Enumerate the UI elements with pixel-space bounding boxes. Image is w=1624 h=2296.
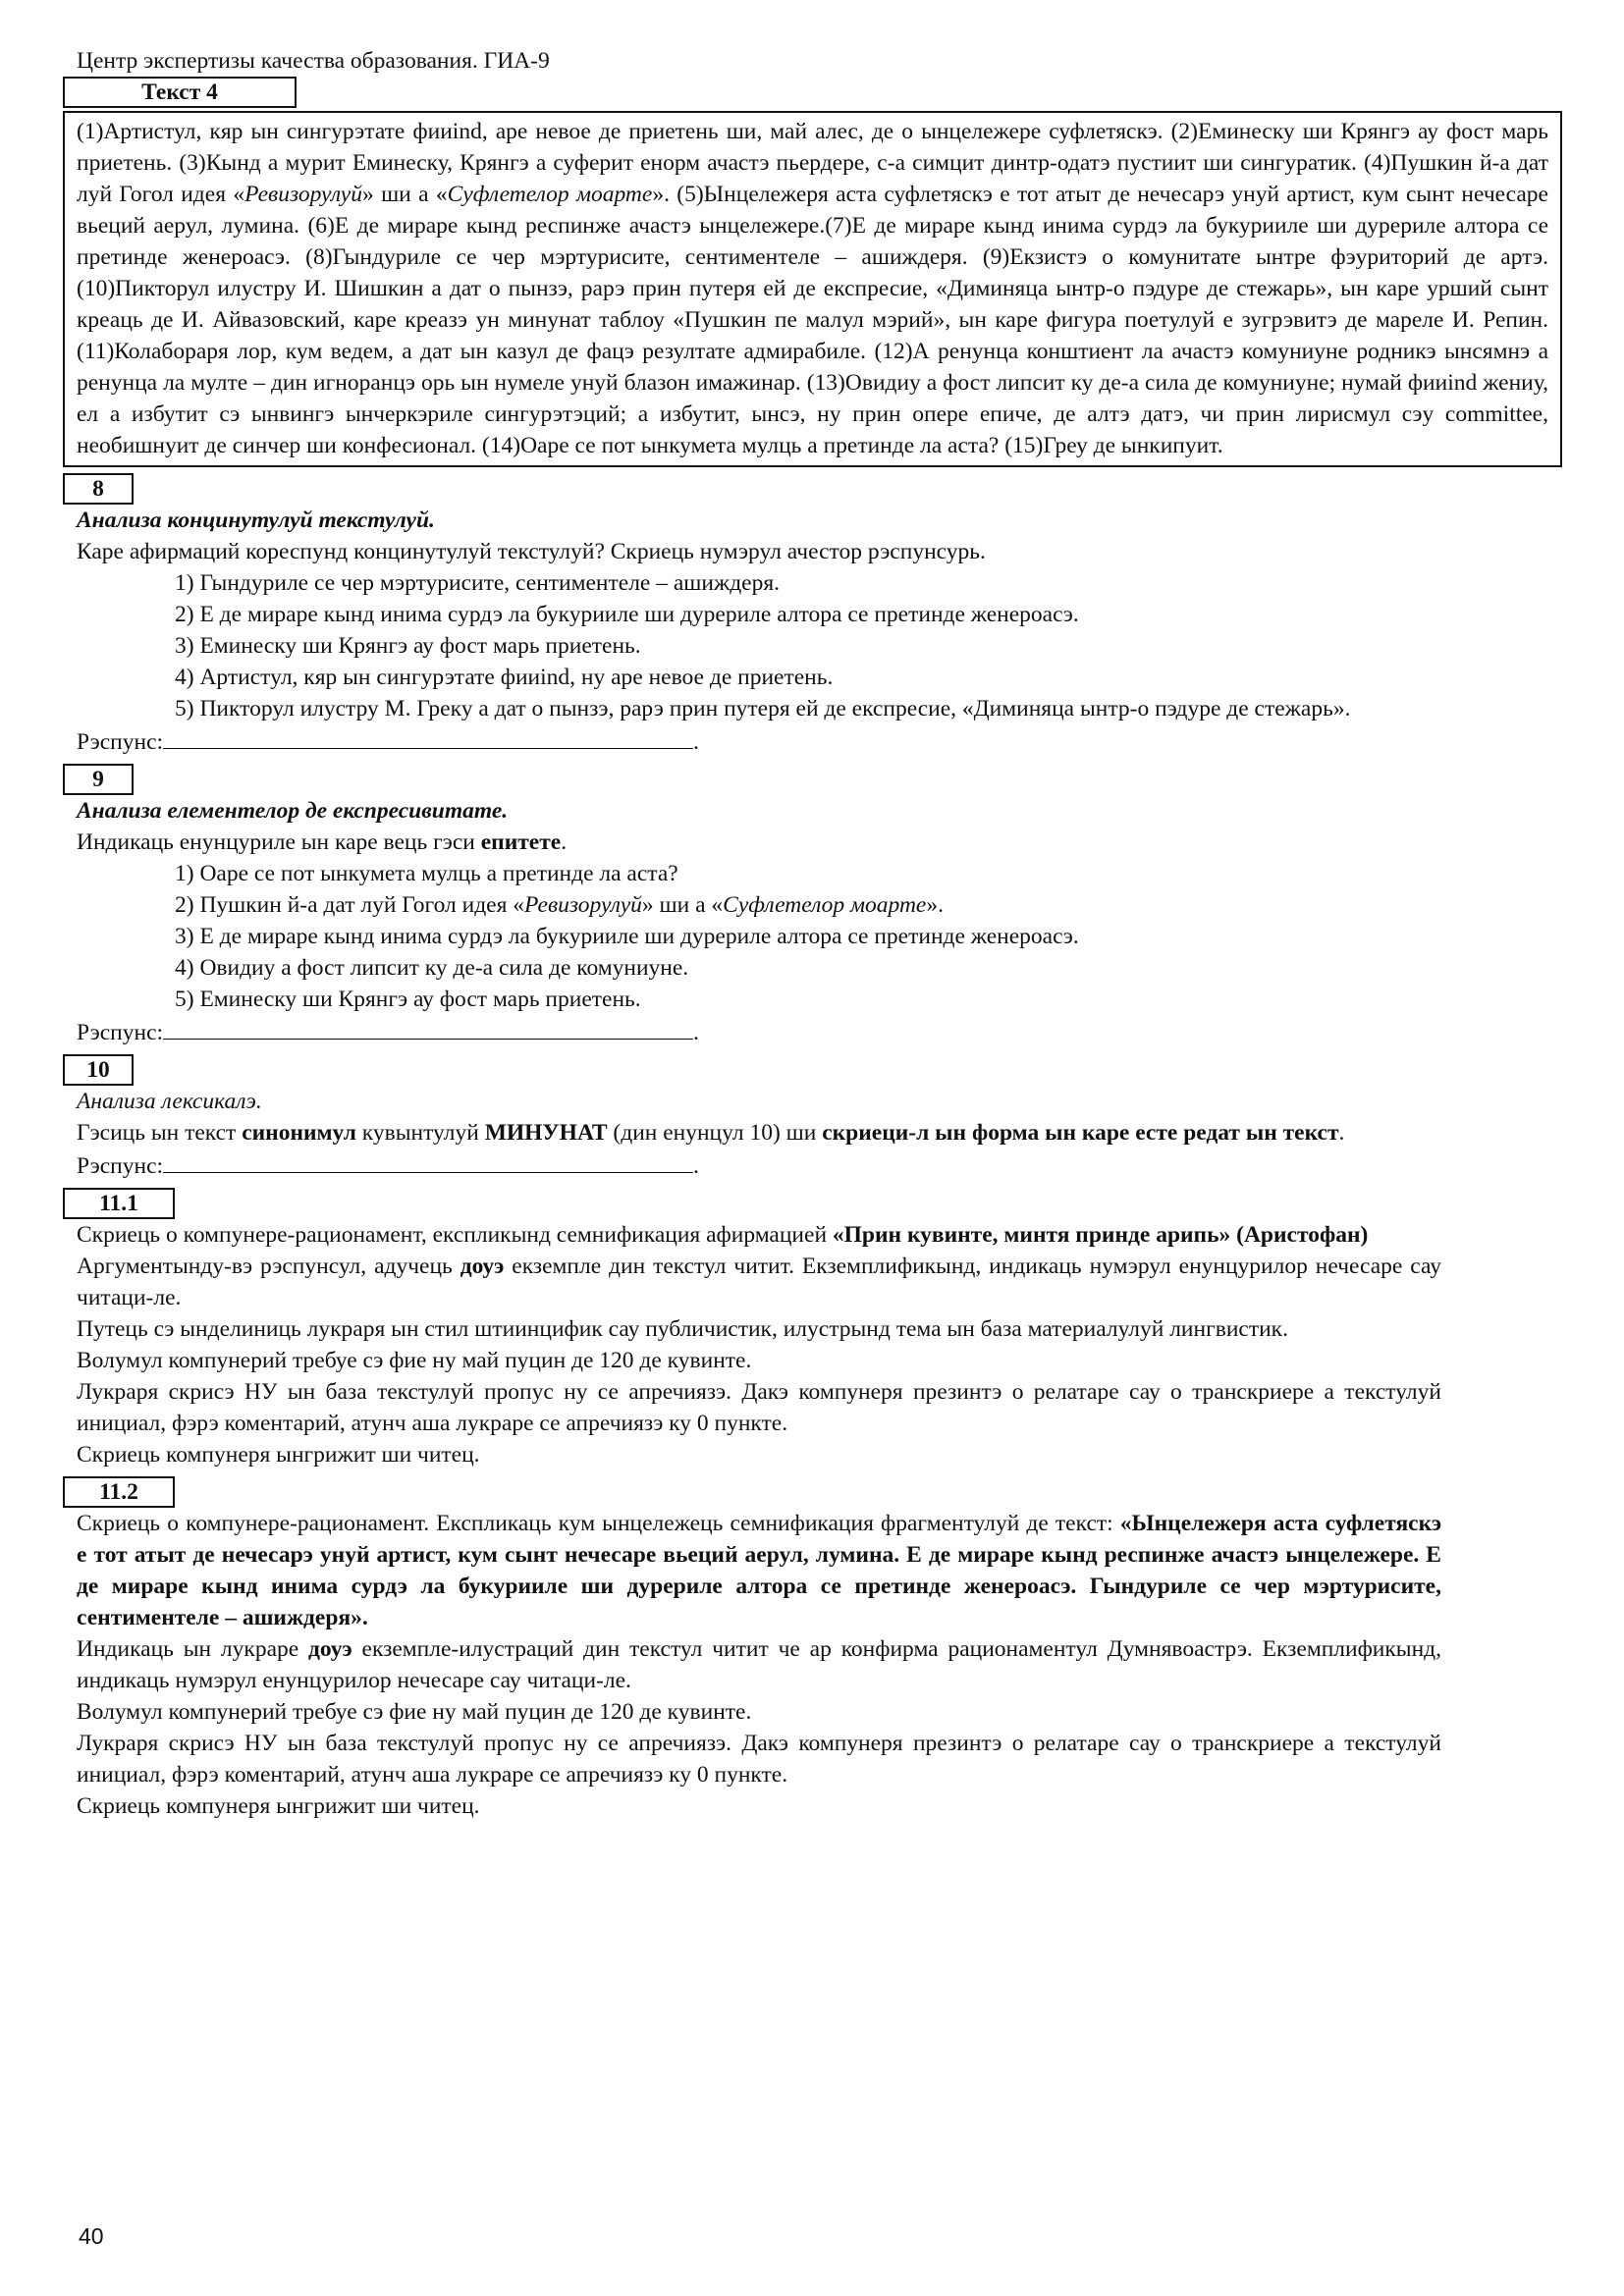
question-text: Индикаць енунцуриле ын каре вець гэси xyxy=(77,829,481,855)
option: 1) Оаре се пот ынкумета мулць а претинде… xyxy=(77,858,1451,889)
answer-label: Рэспунс: xyxy=(77,729,163,755)
question-text: . xyxy=(561,829,567,855)
option: 4) Артистул, кяр ын сингурэтате фииind, … xyxy=(77,662,1451,693)
task-10-subtitle: Анализа лексикалэ. xyxy=(77,1086,1441,1117)
option: 5) Пикторул илустру М. Греку а дат о пын… xyxy=(77,693,1432,724)
text-run: » ши а « xyxy=(362,182,448,207)
task-number-8: 8 xyxy=(63,473,134,505)
task-10-question: Гэсиць ын текст синонимул кувынтулуй МИН… xyxy=(77,1117,1441,1148)
task-number-11-1: 11.1 xyxy=(63,1188,175,1219)
task-11-1-instruction: Аргументынду-вэ рэспунсул, адучець доуэ … xyxy=(77,1251,1441,1313)
option: 3) Е де мираре кынд инима сурдэ ла букур… xyxy=(77,921,1451,952)
answer-field[interactable] xyxy=(163,1015,693,1040)
task-8-subtitle: Анализа концинутулуй текстулуй. xyxy=(77,505,1441,536)
task-9-question: Индикаць енунцуриле ын каре вець гэси еп… xyxy=(77,827,1441,858)
task-11-2-grading-note: Лукраря скрисэ НУ ын база текстулуй проп… xyxy=(77,1728,1441,1790)
option: 4) Овидиу а фост липсит ку де-а сила де … xyxy=(77,952,1451,984)
answer-label: Рэспунс: xyxy=(77,1020,163,1045)
answer-label: Рэспунс: xyxy=(77,1153,163,1179)
answer-field[interactable] xyxy=(163,724,693,749)
task-11-2-neatness-note: Скриець компунеря ынгрижит ши читец. xyxy=(77,1790,1441,1822)
task-11-1-neatness-note: Скриець компунеря ынгрижит ши читец. xyxy=(77,1439,1441,1470)
task-9-subtitle: Анализа елементелор де експресивитате. xyxy=(77,795,1441,827)
task-11-2-instruction: Индикаць ын лукраре доуэ екземпле-илустр… xyxy=(77,1633,1441,1696)
task-9-answer: Рэспунс:. xyxy=(77,1015,1441,1048)
option: 2) Пушкин й-а дат луй Гогол идея «Ревизо… xyxy=(77,889,1451,921)
option: 3) Еминеску ши Крянгэ ау фост марь приет… xyxy=(77,630,1451,662)
task-8-question: Каре афирмаций кореспунд концинутулуй те… xyxy=(77,536,1441,567)
question-emphasis: епитете xyxy=(481,829,561,855)
document-page: Центр экспертизы качества образования. Г… xyxy=(77,45,1441,1822)
task-number-10: 10 xyxy=(63,1054,134,1086)
option: 2) Е де мираре кынд инима сурдэ ла букур… xyxy=(77,599,1451,630)
source-text-frame: (1)Артистул, кяр ын сингурэтате фииind, … xyxy=(63,111,1562,467)
option: 5) Еминеску ши Крянгэ ау фост марь приет… xyxy=(77,984,1451,1015)
page-header: Центр экспертизы качества образования. Г… xyxy=(77,45,1441,77)
page-number: 40 xyxy=(79,2220,104,2252)
task-11-1-volume-note: Волумул компунерий требуе сэ фие ну май … xyxy=(77,1345,1441,1376)
text-title: Текст 4 xyxy=(63,77,297,108)
task-11-2-volume-note: Волумул компунерий требуе сэ фие ну май … xyxy=(77,1696,1441,1728)
task-11-1-style-note: Путець сэ ынделиниць лукраря ын стил шти… xyxy=(77,1313,1441,1345)
task-10-answer: Рэспунс:. xyxy=(77,1148,1441,1182)
task-number-11-2: 11.2 xyxy=(63,1476,175,1508)
italic-title: Ревизорулуй xyxy=(244,182,362,207)
italic-title: Суфлетелор моарте xyxy=(448,182,653,207)
task-11-2-prompt: Скриець о компунере-рационамент. Експлик… xyxy=(77,1508,1441,1633)
task-11-1-grading-note: Лукраря скрисэ НУ ын база текстулуй проп… xyxy=(77,1376,1441,1439)
task-8-options: 1) Гындуриле се чер мэртурисите, сентиме… xyxy=(77,567,1441,724)
option: 1) Гындуриле се чер мэртурисите, сентиме… xyxy=(77,567,1451,599)
task-9-options: 1) Оаре се пот ынкумета мулць а претинде… xyxy=(77,858,1441,1015)
task-8-answer: Рэспунс:. xyxy=(77,724,1441,758)
task-number-9: 9 xyxy=(63,764,134,795)
answer-field[interactable] xyxy=(163,1148,693,1173)
task-11-1-prompt: Скриець о компунере-рационамент, експлик… xyxy=(77,1219,1441,1251)
text-run: ». (5)Ынцележеря аста суфлетяскэ е тот а… xyxy=(77,182,1548,458)
